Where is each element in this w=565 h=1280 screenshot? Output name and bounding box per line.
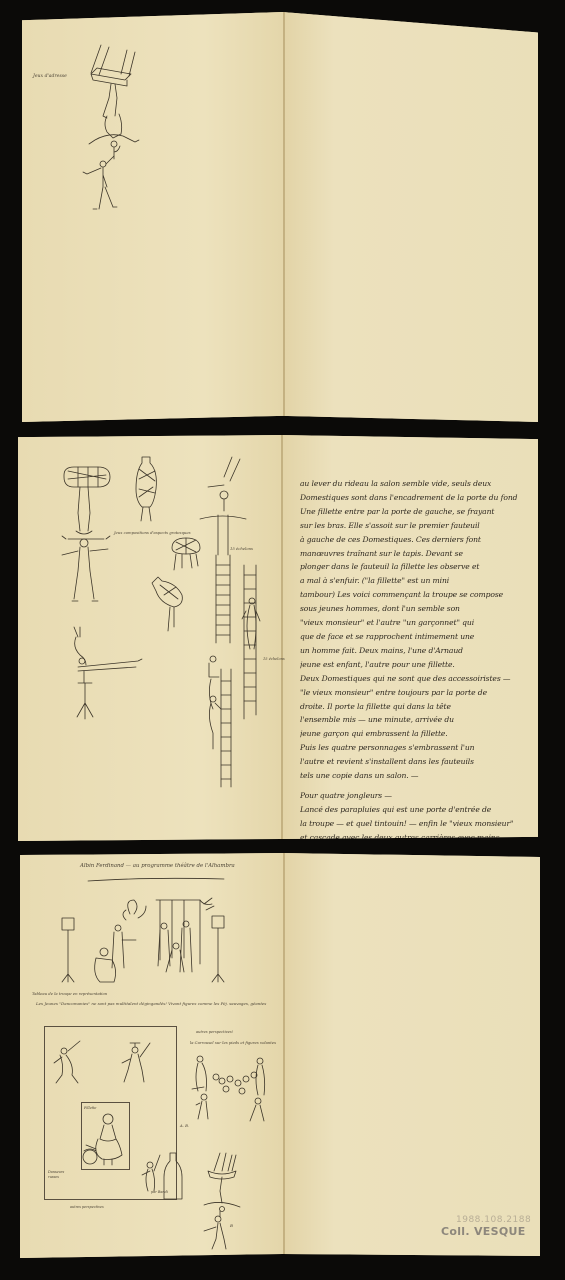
manuscript-line: "vieux monsieur" et l'autre "un garçonne…	[300, 616, 532, 630]
barrel-on-legs-sketch	[168, 536, 202, 572]
collection-stamp: Coll. VESQUE	[441, 1225, 531, 1238]
mark-b: B	[230, 1223, 233, 1228]
manuscript-line: Lancé des parapluies qui est une porte d…	[300, 803, 532, 817]
manuscript-line: et cascade avec les deux autres carrière…	[300, 831, 532, 845]
manuscript-line: manœuvres traînant sur le tapis. Devant …	[300, 547, 532, 561]
manuscript-line: a mal à s'enfuir. ("la fillette" est un …	[300, 574, 532, 588]
jugglers-with-hoops-sketch	[190, 1053, 270, 1123]
ladder-climbers-sketch	[203, 651, 239, 791]
barrel-balance-acrobats-sketch	[58, 463, 118, 613]
sketch-caption-rungs-1: 15 échelons	[230, 546, 253, 551]
figure-with-bottle-sketch	[142, 1151, 186, 1203]
sheet-1: Jeux d'adresse	[22, 12, 538, 422]
manuscript-line: tambour) Les voici commençant la troupe …	[300, 588, 532, 602]
manuscript-line: que de face et se rapprochent intimement…	[300, 630, 532, 644]
manuscript-text: au lever du rideau la salon semble vide,…	[300, 477, 532, 886]
page-heading: Albin Ferdinand — au programme théâtre d…	[80, 863, 235, 869]
manuscript-line: l'autre et revient s'installent dans les…	[300, 755, 532, 769]
sketch-caption: Jeux d'adresse	[33, 74, 67, 79]
sketch-caption-grotesque: Jeux compositions d'aspects grotesques	[114, 530, 194, 535]
sheet-3-right-page	[283, 853, 540, 1258]
manuscript-line: un homme fait. Deux mains, l'une d'Arnau…	[300, 644, 532, 658]
manuscript-line: Deux Domestiques qui ne sont que des acc…	[300, 672, 532, 686]
pedestal-handstand-sketch	[68, 625, 148, 725]
dancing-clowns-sketch	[50, 1037, 160, 1087]
sheet-2: Jeux compositions d'aspects grotesques 1…	[18, 433, 538, 841]
manuscript-line: tels une copie dans un salon. —	[300, 769, 532, 783]
manuscript-line: droite. Il porte la fillette qui dans la…	[300, 700, 532, 714]
below-box-caption: autres perspectives	[70, 1205, 104, 1209]
manuscript-line: sous jeunes hommes, dont l'un semble son	[300, 602, 532, 616]
manuscript-line: l'ensemble mis — une minute, arrivée du	[300, 713, 532, 727]
manuscript-line: Pour quatre jongleurs —	[300, 789, 532, 803]
manuscript-line: Domestiques sont dans l'encadrement de l…	[300, 491, 532, 505]
manuscript-line: au lever du rideau la salon semble vide,…	[300, 477, 532, 491]
manuscript-line: "le vieux monsieur" entre toujours par l…	[300, 686, 532, 700]
acrobat-chair-balance-small-sketch	[196, 1151, 246, 1251]
manuscript-line: jeune garçon qui embrassent la fillette.	[300, 727, 532, 741]
salon-scene-sketch	[60, 888, 230, 988]
intro-caption: Les Jeunes "Dancomanies" ne sont pas mul…	[36, 1001, 272, 1007]
inventory-number: 1988.108.2188	[456, 1215, 531, 1225]
fold-line	[281, 433, 283, 841]
girl-with-barrel-sketch	[82, 1111, 128, 1167]
manuscript-line: jeune est enfant, l'autre pour une fille…	[300, 658, 532, 672]
standing-vase-sketch	[131, 455, 161, 523]
right-top-caption: autres perspectives!	[196, 1030, 233, 1034]
manuscript-line: sur les bras. Elle s'assoit sur le premi…	[300, 519, 532, 533]
right-sub-caption: la Carrousel sur les pieds et figures vo…	[190, 1040, 280, 1045]
tilted-vase-sketch	[150, 575, 184, 635]
tall-ladder-climber-sketch	[240, 561, 270, 721]
manuscript-line: Une fillette entre par la porte de gauch…	[300, 505, 532, 519]
scene-caption: Tableau de la troupe en représentation	[32, 991, 107, 996]
bottle-label: par Bandi	[151, 1190, 168, 1194]
sheet-1-right-page	[283, 12, 538, 422]
bottom-left-box-label: Danseurs russes	[48, 1170, 68, 1180]
heading-underline	[88, 877, 228, 883]
sketch-caption-rungs-2: 15 échelons	[263, 657, 285, 661]
archive-stamp: 1988.108.2188 Coll. VESQUE	[441, 1215, 531, 1238]
inner-frame-label: Fillette	[84, 1106, 96, 1110]
manuscript-line: la troupe — et quel tintouin! — enfin le…	[300, 817, 532, 831]
fold-line	[283, 853, 285, 1258]
manuscript-line: à gauche de ces Domestiques. Ces dernier…	[300, 533, 532, 547]
sheet-3: Albin Ferdinand — au programme théâtre d…	[20, 853, 540, 1258]
fold-line	[283, 12, 285, 422]
acrobat-chair-balance-sketch	[77, 40, 147, 210]
manuscript-line: Puis les quatre personnages s'embrassent…	[300, 741, 532, 755]
mark-ab: A. B.	[180, 1123, 189, 1128]
manuscript-line: plonger dans le fauteuil la fillette les…	[300, 560, 532, 574]
